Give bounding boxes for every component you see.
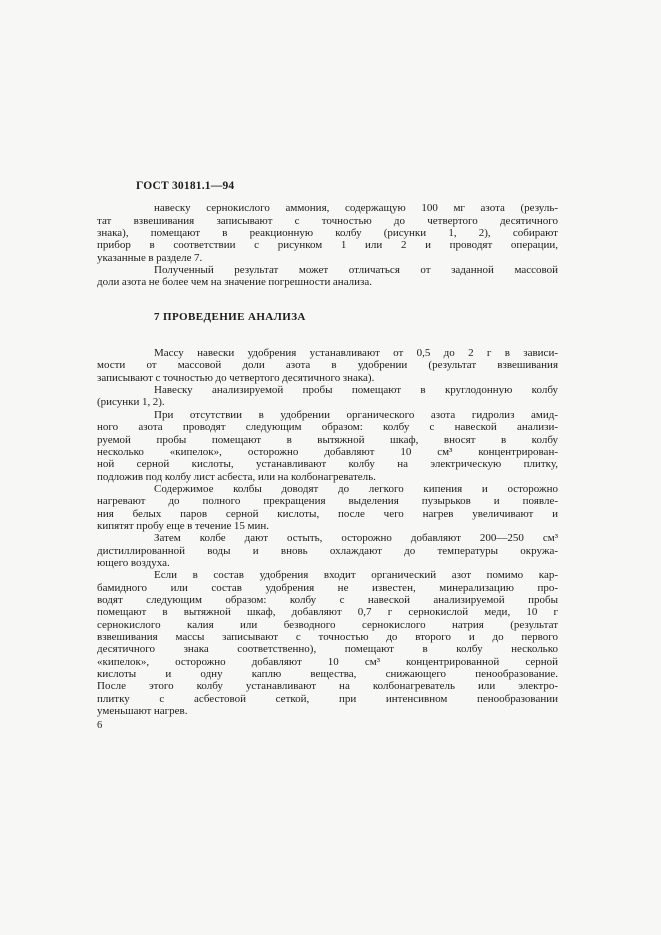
paragraph: Массу навески удобрения устанавливают от… xyxy=(97,347,558,384)
text-line: доли азота не более чем на значение погр… xyxy=(97,276,558,288)
paragraph: навеску сернокислого аммония, содержащую… xyxy=(97,202,558,264)
text-line: уменьшают нагрев. xyxy=(97,705,558,717)
text-line: дистиллированной воды и вновь охлаждают … xyxy=(97,545,558,557)
paragraph: При отсутствии в удобрении органического… xyxy=(97,409,558,483)
text-line: подложив под колбу лист асбеста, или на … xyxy=(97,471,558,483)
running-header: ГОСТ 30181.1—94 xyxy=(136,180,558,192)
text-line: навеску сернокислого аммония, содержащую… xyxy=(97,202,558,214)
text-line: плитку с асбестовой сеткой, при интенсив… xyxy=(97,693,558,705)
section-heading: 7 ПРОВЕДЕНИЕ АНАЛИЗА xyxy=(154,311,558,323)
text-line: После этого колбу устанавливают на колбо… xyxy=(97,680,558,692)
text-line: прибор в соответствии с рисунком 1 или 2… xyxy=(97,239,558,251)
text-line: (рисунки 1, 2). xyxy=(97,396,558,408)
paragraph: Полученный результат может отличаться от… xyxy=(97,264,558,289)
text-line: знака), помещают в реакционную колбу (ри… xyxy=(97,227,558,239)
text-line: Содержимое колбы доводят до легкого кипе… xyxy=(97,483,558,495)
paragraph: Затем колбе дают остыть, осторожно добав… xyxy=(97,532,558,569)
text-line: При отсутствии в удобрении органического… xyxy=(97,409,558,421)
text-line: ния белых паров серной кислоты, после че… xyxy=(97,508,558,520)
text-line: водят следующим образом: колбу с навеско… xyxy=(97,594,558,606)
text-line: бамидного или состав удобрения не извест… xyxy=(97,582,558,594)
text-line: «кипелок», осторожно добавляют 10 см³ ко… xyxy=(97,656,558,668)
page-number: 6 xyxy=(97,720,558,732)
text-line: взвешивания массы записывают с точностью… xyxy=(97,631,558,643)
text-line: ной серной кислоты, устанавливают колбу … xyxy=(97,458,558,470)
text-line: помещают в вытяжной шкаф, добавляют 0,7 … xyxy=(97,606,558,618)
text-line: ного азота проводят следующим образом: к… xyxy=(97,421,558,433)
text-line: Полученный результат может отличаться от… xyxy=(97,264,558,276)
text-line: мости от массовой доли азота в удобрении… xyxy=(97,359,558,371)
text-line: руемой пробы помещают в вытяжной шкаф, в… xyxy=(97,434,558,446)
text-line: нагревают до полного прекращения выделен… xyxy=(97,495,558,507)
text-line: десятичного знака соответственно), помещ… xyxy=(97,643,558,655)
text-line: Навеску анализируемой пробы помещают в к… xyxy=(97,384,558,396)
text-line: Если в состав удобрения входит органичес… xyxy=(97,569,558,581)
paragraph: Навеску анализируемой пробы помещают в к… xyxy=(97,384,558,409)
text-line: тат взвешивания записывают с точностью д… xyxy=(97,215,558,227)
text-line: Затем колбе дают остыть, осторожно добав… xyxy=(97,532,558,544)
paragraph: Если в состав удобрения входит органичес… xyxy=(97,569,558,717)
text-line: Массу навески удобрения устанавливают от… xyxy=(97,347,558,359)
text-line: ющего воздуха. xyxy=(97,557,558,569)
text-line: записывают с точностью до четвертого дес… xyxy=(97,372,558,384)
text-line: несколько «кипелок», осторожно добавляют… xyxy=(97,446,558,458)
text-line: кипятят пробу еще в течение 15 мин. xyxy=(97,520,558,532)
document-page: ГОСТ 30181.1—94 навеску сернокислого амм… xyxy=(0,0,661,935)
text-line: сернокислого калия или безводного сернок… xyxy=(97,619,558,631)
text-blocks: навеску сернокислого аммония, содержащую… xyxy=(97,202,558,717)
page-content: ГОСТ 30181.1—94 навеску сернокислого амм… xyxy=(97,180,558,733)
paragraph: Содержимое колбы доводят до легкого кипе… xyxy=(97,483,558,532)
text-line: указанные в разделе 7. xyxy=(97,252,558,264)
text-line: кислоты и одну каплю вещества, снижающег… xyxy=(97,668,558,680)
